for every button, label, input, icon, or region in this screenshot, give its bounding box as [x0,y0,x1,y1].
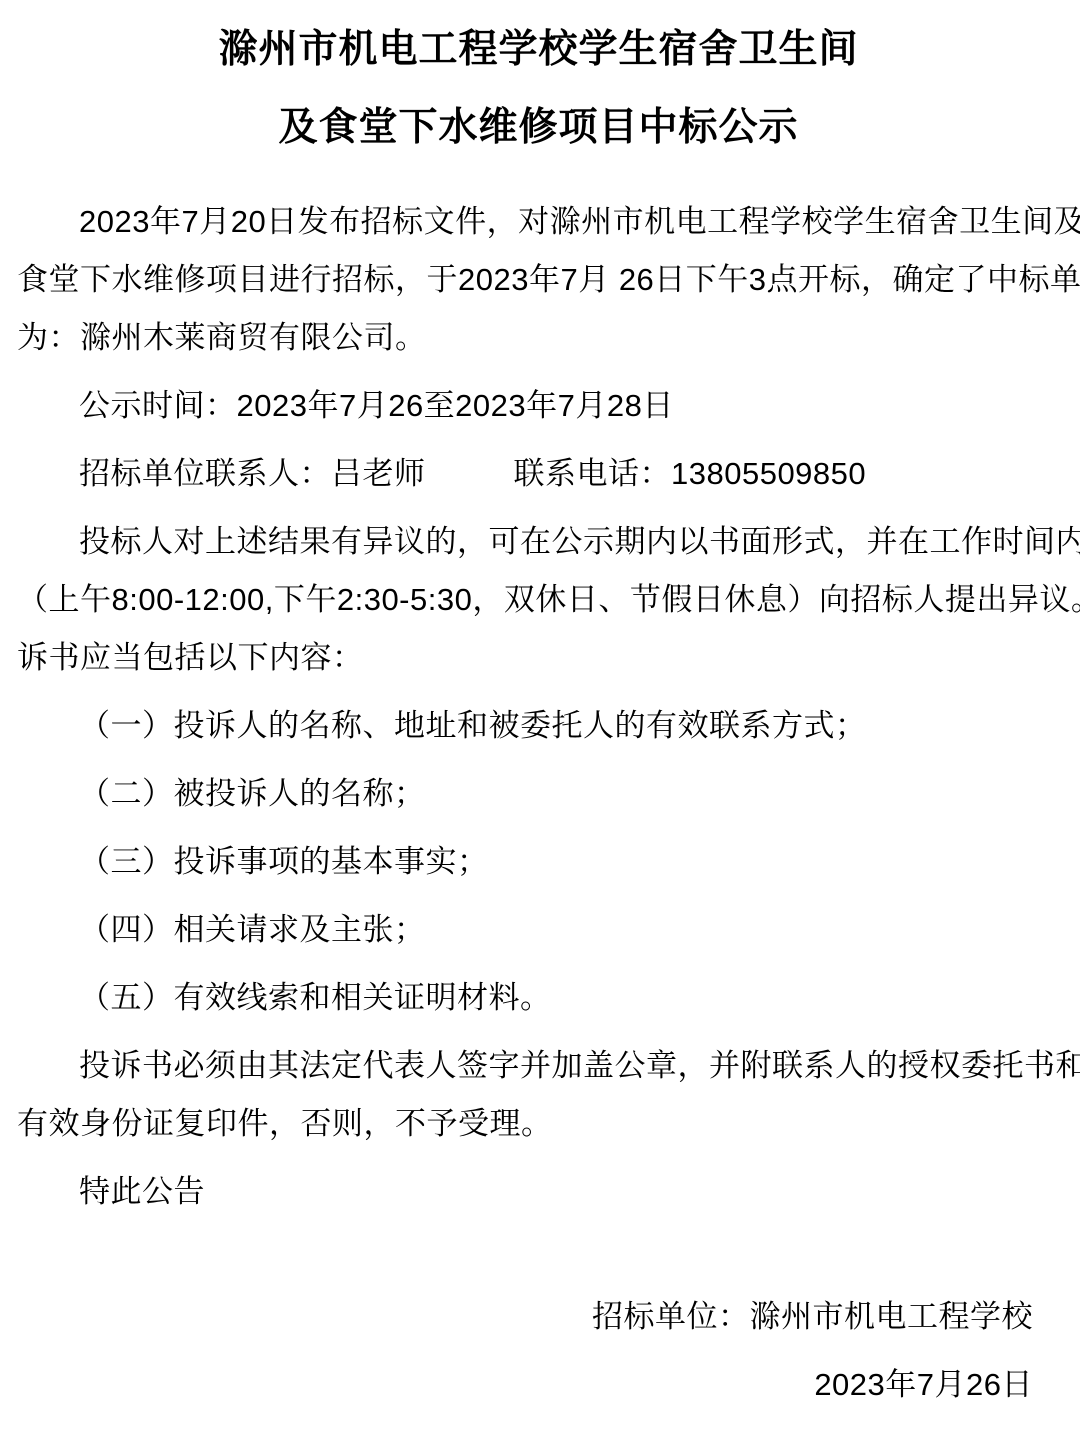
paragraph-objection-line-3: 诉书应当包括以下内容： [17,629,1060,687]
document-page: 滁州市机电工程学校学生宿舍卫生间 及食堂下水维修项目中标公示 2023年7月20… [0,0,1080,1441]
paragraph-announcement-line-1: 2023年7月20日发布招标文件，对滁州市机电工程学校学生宿舍卫生间及 [17,193,1060,251]
paragraph-contact: 招标单位联系人：吕老师联系电话：13805509850 [17,445,1060,503]
paragraph-announcement: 2023年7月20日发布招标文件，对滁州市机电工程学校学生宿舍卫生间及 食堂下水… [17,193,1060,367]
paragraph-publicity-period: 公示时间：2023年7月26至2023年7月28日 [17,377,1060,435]
paragraph-announcement-line-2: 食堂下水维修项目进行招标，于2023年7月 26日下午3点开标，确定了中标单位 [17,251,1060,309]
signature-block: 招标单位：滁州市机电工程学校 2023年7月26日 [17,1288,1060,1414]
document-title-line-1: 滁州市机电工程学校学生宿舍卫生间 [17,11,1060,89]
complaint-item-1: （一）投诉人的名称、地址和被委托人的有效联系方式； [17,697,1060,755]
complaint-item-4-text: （四）相关请求及主张； [17,901,1060,959]
complaint-item-2-text: （二）被投诉人的名称； [17,765,1060,823]
signature-date: 2023年7月26日 [17,1356,1060,1414]
paragraph-requirement-line-1: 投诉书必须由其法定代表人签字并加盖公章，并附联系人的授权委托书和 [17,1037,1060,1095]
signature-date-para: 2023年7月26日 [17,1356,1060,1414]
complaint-item-3: （三）投诉事项的基本事实； [17,833,1060,891]
document-body: 2023年7月20日发布招标文件，对滁州市机电工程学校学生宿舍卫生间及 食堂下水… [17,193,1060,1414]
paragraph-announcement-line-3: 为：滁州木莱商贸有限公司。 [17,309,1060,367]
paragraph-requirement: 投诉书必须由其法定代表人签字并加盖公章，并附联系人的授权委托书和 有效身份证复印… [17,1037,1060,1153]
paragraph-objection: 投标人对上述结果有异议的，可在公示期内以书面形式，并在工作时间内 （上午8:00… [17,513,1060,687]
contact-person: 招标单位联系人：吕老师 [79,456,426,491]
contact-phone: 联系电话：13805509850 [514,456,867,491]
complaint-item-4: （四）相关请求及主张； [17,901,1060,959]
complaint-item-5: （五）有效线索和相关证明材料。 [17,969,1060,1027]
signature-unit: 招标单位：滁州市机电工程学校 [17,1288,1060,1346]
paragraph-requirement-line-2: 有效身份证复印件，否则，不予受理。 [17,1095,1060,1153]
closing-line: 特此公告 [17,1163,1060,1221]
complaint-item-5-text: （五）有效线索和相关证明材料。 [17,969,1060,1027]
signature-unit-para: 招标单位：滁州市机电工程学校 [17,1288,1060,1346]
document-title-line-2: 及食堂下水维修项目中标公示 [17,89,1060,167]
paragraph-objection-line-1: 投标人对上述结果有异议的，可在公示期内以书面形式，并在工作时间内 [17,513,1060,571]
complaint-item-1-text: （一）投诉人的名称、地址和被委托人的有效联系方式； [17,697,1060,755]
complaint-item-2: （二）被投诉人的名称； [17,765,1060,823]
paragraph-closing: 特此公告 [17,1163,1060,1221]
publicity-period-line: 公示时间：2023年7月26至2023年7月28日 [17,377,1060,435]
complaint-item-3-text: （三）投诉事项的基本事实； [17,833,1060,891]
paragraph-objection-line-2: （上午8:00-12:00,下午2:30-5:30，双休日、节假日休息）向招标人… [17,571,1060,629]
contact-line: 招标单位联系人：吕老师联系电话：13805509850 [17,445,1060,503]
